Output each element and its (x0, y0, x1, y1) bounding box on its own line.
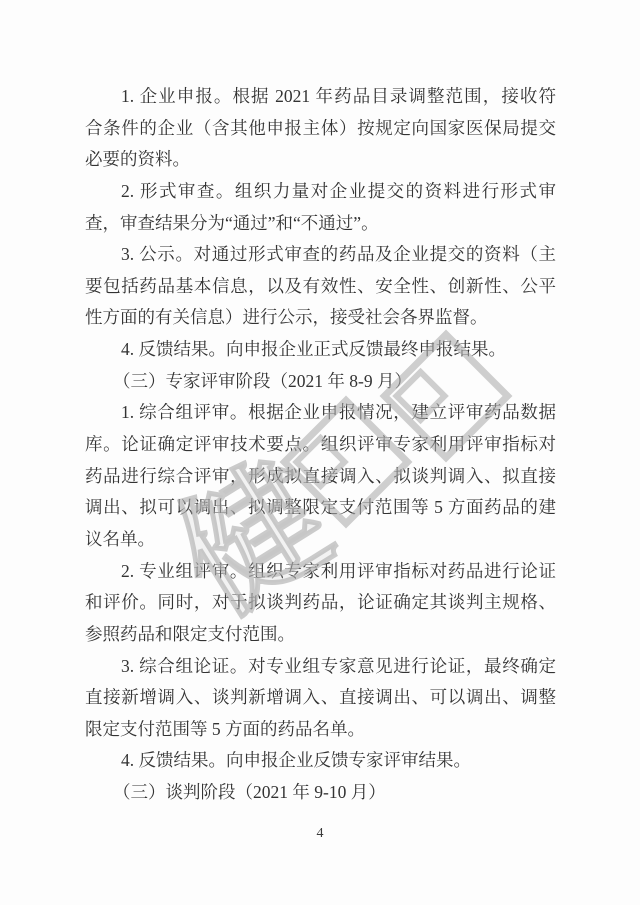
section-heading: （三）谈判阶段（2021 年 9-10 月） (85, 777, 556, 809)
text-line: 3. 综合组论证。对专业组专家意见进行论证，最终确定 (85, 651, 556, 683)
text-line: 2. 专业组评审。组织专家利用评审指标对药品进行论证 (85, 556, 556, 588)
section-heading: （三）专家评审阶段（2021 年 8-9 月） (85, 366, 556, 398)
text-line: 直接新增调入、谈判新增调入、直接调出、可以调出、调整 (85, 682, 556, 714)
text-line: 合条件的企业（含其他申报主体）按规定向国家医保局提交 (85, 113, 556, 145)
text-line: 1. 综合组评审。根据企业申报情况，建立评审药品数据 (85, 397, 556, 429)
text-line: 和评价。同时，对于拟谈判药品，论证确定其谈判主规格、 (85, 587, 556, 619)
text-line: 查，审查结果分为“通过”和“不通过”。 (85, 208, 556, 240)
text-line: 限定支付范围等 5 方面的药品名单。 (85, 714, 556, 746)
text-line: 3. 公示。对通过形式审查的药品及企业提交的资料（主 (85, 239, 556, 271)
text-line: 库。论证确定评审技术要点。组织评审专家利用评审指标对 (85, 429, 556, 461)
text-line: 1. 企业申报。根据 2021 年药品目录调整范围，接收符 (85, 81, 556, 113)
text-line: 议名单。 (85, 524, 556, 556)
text-line: 药品进行综合评审，形成拟直接调入、拟谈判调入、拟直接 (85, 461, 556, 493)
page-number: 4 (0, 826, 640, 842)
text-line: 2. 形式审查。组织力量对企业提交的资料进行形式审 (85, 176, 556, 208)
text-line: 必要的资料。 (85, 144, 556, 176)
document-text: 1. 企业申报。根据 2021 年药品目录调整范围，接收符 合条件的企业（含其他… (85, 81, 556, 809)
text-line: 参照药品和限定支付范围。 (85, 619, 556, 651)
text-line: 4. 反馈结果。向申报企业反馈专家评审结果。 (85, 745, 556, 777)
text-line: 性方面的有关信息）进行公示，接受社会各界监督。 (85, 302, 556, 334)
document-page: 健 1. 企业申报。根据 2021 年药品目录调整范围，接收符 合条件的企业（含… (0, 0, 640, 905)
text-line: 调出、拟可以调出、拟调整限定支付范围等 5 方面药品的建 (85, 492, 556, 524)
text-line: 4. 反馈结果。向申报企业正式反馈最终申报结果。 (85, 334, 556, 366)
text-line: 要包括药品基本信息，以及有效性、安全性、创新性、公平 (85, 271, 556, 303)
